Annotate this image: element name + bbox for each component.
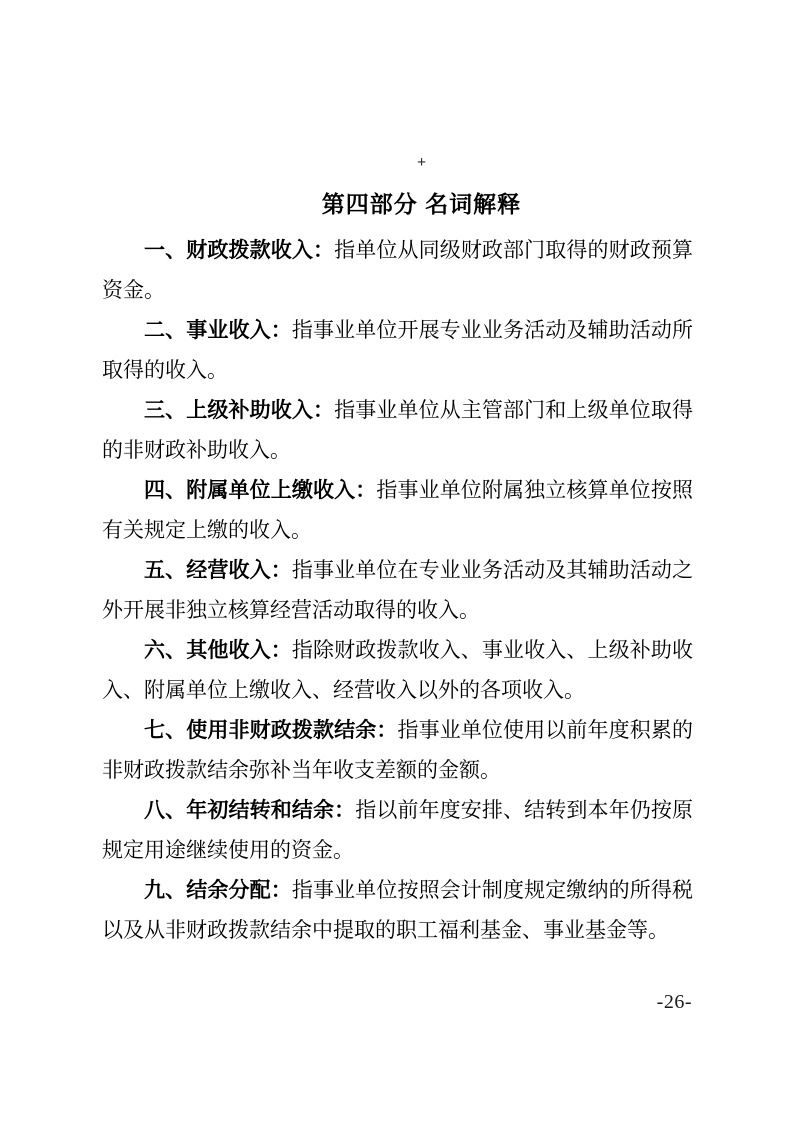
term-paragraph-5: 五、经营收入：指事业单位在专业业务活动及其辅助活动之外开展非独立核算经营活动取得… <box>102 550 693 630</box>
section-title: 第四部分 名词解释 <box>25 188 793 220</box>
term-paragraph-7: 七、使用非财政拨款结余：指事业单位使用以前年度积累的非财政拨款结余弥补当年收支差… <box>102 710 693 790</box>
term-paragraph-4: 四、附属单位上缴收入：指事业单位附属独立核算单位按照有关规定上缴的收入。 <box>102 470 693 550</box>
term-name: 七、使用非财政拨款结余： <box>144 718 397 742</box>
term-paragraph-9: 九、结余分配：指事业单位按照会计制度规定缴纳的所得税以及从非财政拨款结余中提取的… <box>102 870 693 950</box>
term-name: 五、经营收入： <box>144 558 292 582</box>
term-name: 一、财政拨款收入： <box>144 238 334 262</box>
term-paragraph-2: 二、事业收入：指事业单位开展专业业务活动及辅助活动所取得的收入。 <box>102 310 693 390</box>
document-page: + 第四部分 名词解释 一、财政拨款收入：指单位从同级财政部门取得的财政预算资金… <box>0 0 793 1122</box>
term-paragraph-6: 六、其他收入：指除财政拨款收入、事业收入、上级补助收入、附属单位上缴收入、经营收… <box>102 630 693 710</box>
term-name: 三、上级补助收入： <box>144 398 334 422</box>
term-name: 八、年初结转和结余： <box>144 798 355 822</box>
term-name: 九、结余分配： <box>144 878 292 902</box>
terms-list: 一、财政拨款收入：指单位从同级财政部门取得的财政预算资金。 二、事业收入：指事业… <box>102 230 693 950</box>
term-name: 六、其他收入： <box>144 638 292 662</box>
page-number: -26- <box>657 990 692 1014</box>
term-paragraph-1: 一、财政拨款收入：指单位从同级财政部门取得的财政预算资金。 <box>102 230 693 310</box>
term-paragraph-3: 三、上级补助收入：指事业单位从主管部门和上级单位取得的非财政补助收入。 <box>102 390 693 470</box>
term-name: 四、附属单位上缴收入： <box>144 478 376 502</box>
term-name: 二、事业收入： <box>144 318 292 342</box>
term-paragraph-8: 八、年初结转和结余：指以前年度安排、结转到本年仍按原规定用途继续使用的资金。 <box>102 790 693 870</box>
plus-mark: + <box>25 153 793 173</box>
